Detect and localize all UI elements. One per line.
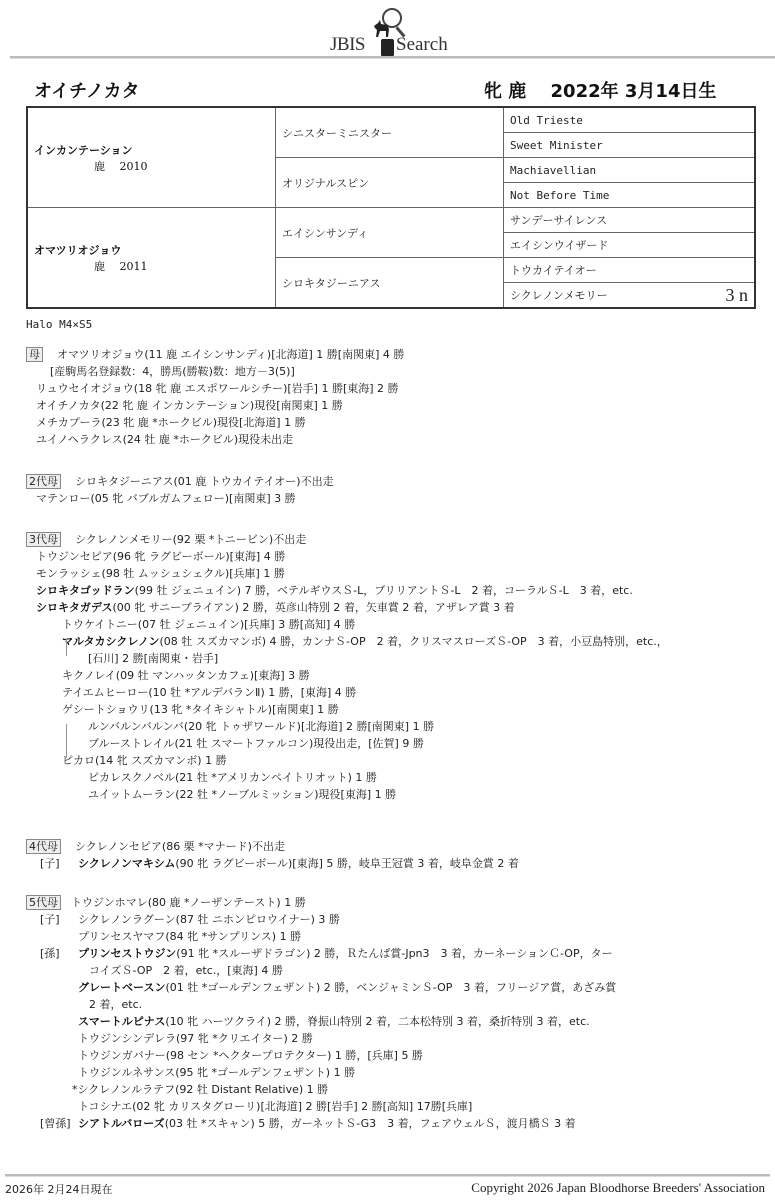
- bold-name: プリンセストウジン: [78, 947, 176, 960]
- gen3-cell: Machiavellian: [504, 158, 756, 183]
- gen3-dam-section: 3代母シクレノンメモリー(92 栗 *トニービン)不出走 トウジンセピア(96 …: [26, 531, 668, 803]
- line-text: シクレノンセピア(86 栗 *マナード)不出走: [71, 840, 285, 853]
- gen3-line: ピカロ(14 牝 スズカマンボ) 1 勝: [26, 752, 668, 769]
- can-icon: [381, 39, 394, 56]
- gen5-head: 5代母トウジンホマレ(80 鹿 *ノーザンテースト) 1 勝: [26, 894, 616, 911]
- line-text: トコシナエ(02 牝 カリスタグローリ)[北海道] 2 勝[岩手] 2 勝[高知…: [78, 1100, 472, 1113]
- dam-sire: エイシンサンディ: [276, 208, 504, 258]
- gen3-cell: Old Trieste: [504, 107, 756, 133]
- horse-name: オイチノカタ: [34, 77, 140, 103]
- line-text: (99 牡 ジェニュイン) 7 勝，ベテルギウスＳ-L，ブリリアントＳ-L 2 …: [135, 584, 633, 597]
- gen3-line: [石川] 2 勝[南関東・岩手]: [26, 650, 668, 667]
- gen5-line: コイズＳ-OP 2 着，etc.，[東海] 4 勝: [26, 962, 616, 979]
- gen3-head: 3代母シクレノンメモリー(92 栗 *トニービン)不出走: [26, 531, 668, 548]
- gen5-line: [曾孫]シアトルバローズ(03 牡 *スキャン) 5 勝，ガーネットＳ-G3 3…: [26, 1115, 616, 1132]
- dam-cell: オマツリオジョウ 鹿 2011: [27, 208, 276, 309]
- dam-sub: 鹿 2011: [34, 258, 269, 274]
- dam-line: ユイノヘラクレス(24 牡 鹿 *ホークビル)現役未出走: [26, 431, 404, 448]
- gen5-line: トコシナエ(02 牝 カリスタグローリ)[北海道] 2 勝[岩手] 2 勝[高知…: [26, 1098, 616, 1115]
- line-text: トウジンホマレ(80 鹿 *ノーザンテースト) 1 勝: [71, 896, 306, 909]
- gen5-line: *シクレノンルラテフ(92 牡 Distant Relative) 1 勝: [20, 1081, 616, 1098]
- gen5-line: トウジンガバナー(98 セン *ヘクタープロテクター) 1 勝，[兵庫] 5 勝: [26, 1047, 616, 1064]
- gen3-badge: 3代母: [26, 532, 61, 547]
- gen2-dam-section: 2代母シロキタジーニアス(01 鹿 トウカイテイオー)不出走 マテンロー(05 …: [26, 473, 334, 507]
- line-text: ブルーストレイル(21 牡 スマートファルコン)現役出走，[佐賀] 9 勝: [88, 737, 424, 750]
- gen3-line: ゲシートショウリ(13 牝 *タイキシャトル)[南関東] 1 勝: [26, 701, 668, 718]
- as-of-date: 2026年 2月24日現在: [5, 1181, 113, 1197]
- line-text: (03 牡 *スキャン) 5 勝，ガーネットＳ-G3 3 着，フェアウェルＳ，渡…: [165, 1117, 576, 1130]
- line-text: [産駒馬名登録数：4，勝馬(勝鞍)数：地方－3(5)]: [50, 365, 295, 378]
- gen3-cell: トウカイテイオー: [504, 258, 756, 283]
- horse-icon: [372, 20, 392, 38]
- gen4-badge: 4代母: [26, 839, 61, 854]
- line-text: トウジンルネサンス(95 牝 *ゴールデンフェザント) 1 勝: [78, 1066, 355, 1079]
- bold-name: シアトルバローズ: [78, 1117, 165, 1130]
- gen5-line: グレートベースン(01 牡 *ゴールデンフェザント) 2 勝，ベンジャミンＳ-O…: [26, 979, 616, 996]
- footer-divider: [5, 1174, 770, 1177]
- bold-name: シクレノンマキシム: [78, 857, 175, 870]
- gen5-badge: 5代母: [26, 895, 61, 910]
- line-text: マテンロー(05 牝 バブルガムフェロー)[南関東] 3 勝: [36, 492, 296, 505]
- gen5-dam-section: 5代母トウジンホマレ(80 鹿 *ノーザンテースト) 1 勝 [子]シクレノンラ…: [26, 894, 616, 1132]
- bold-name: シロキタゴッドラン: [36, 584, 135, 597]
- bold-name: マルタカシクレノン: [62, 635, 159, 648]
- dam-name: オマツリオジョウ: [34, 244, 121, 257]
- line-text: ルンバルンバルンバ(20 牝 トゥザワールド)[北海道] 2 勝[南関東] 1 …: [88, 720, 434, 733]
- line-text: トウジンセピア(96 牝 ラグビーボール)[東海] 4 勝: [36, 550, 285, 563]
- dam-line: [産駒馬名登録数：4，勝馬(勝鞍)数：地方－3(5)]: [26, 363, 404, 380]
- line-text: 2 着，etc.: [78, 998, 142, 1011]
- logo-text-jbis: JBIS: [330, 34, 365, 56]
- gen3-line: テイエムヒーロー(10 牡 *アルデバランⅡ) 1 勝，[東海] 4 勝: [26, 684, 668, 701]
- gen5-line: [子]シクレノンラグーン(87 牡 ニホンピロウイナー) 3 勝: [26, 911, 616, 928]
- line-text: リュウセイオジョウ(18 牝 鹿 エスポワールシチー)[岩手] 1 勝[東海] …: [36, 382, 399, 395]
- dam-badge: 母: [26, 347, 43, 362]
- relation-tag: [曾孫]: [26, 1115, 78, 1132]
- dam-line: オイチノカタ(22 牝 鹿 インカンテーション)現役[南関東] 1 勝: [26, 397, 404, 414]
- inbreeding-cross: Halo M4×S5: [26, 318, 92, 331]
- line-text: (01 牡 *ゴールデンフェザント) 2 勝，ベンジャミンＳ-OP 3 着，フリ…: [165, 981, 616, 994]
- gen3-line: マルタカシクレノン(08 牡 スズカマンボ) 4 勝，カンナＳ-OP 2 着，ク…: [26, 633, 668, 650]
- line-text: (91 牝 *スルーザドラゴン) 2 勝，Ｒたんぱ賞-Jpn3 3 着，カーネー…: [176, 947, 612, 960]
- bold-name: スマートルピナス: [78, 1015, 165, 1028]
- gen3-cell: Not Before Time: [504, 183, 756, 208]
- line-text: オイチノカタ(22 牝 鹿 インカンテーション)現役[南関東] 1 勝: [36, 399, 343, 412]
- header-divider: [10, 56, 775, 59]
- gen4-line: [子]シクレノンマキシム(90 牝 ラグビーボール)[東海] 5 勝，岐阜王冠賞…: [26, 855, 519, 872]
- relation-tag: [子]: [26, 911, 78, 928]
- line-text: メチカプーラ(23 牝 鹿 *ホークビル)現役[北海道] 1 勝: [36, 416, 306, 429]
- gen5-line: 2 着，etc.: [26, 996, 616, 1013]
- bold-name: シロキタガデス: [36, 601, 112, 614]
- gen3-cell: Sweet Minister: [504, 133, 756, 158]
- gen3-line: シロキタゴッドラン(99 牡 ジェニュイン) 7 勝，ベテルギウスＳ-L，ブリリ…: [26, 582, 668, 599]
- sire-dam: オリジナルスピン: [276, 158, 504, 208]
- gen3-name: シクレノンメモリー: [510, 289, 608, 302]
- title-row: オイチノカタ 牝 鹿 2022年 3月14日生: [34, 75, 734, 103]
- relation-tag: [子]: [26, 855, 78, 872]
- gen3-line: ルンバルンバルンバ(20 牝 トゥザワールド)[北海道] 2 勝[南関東] 1 …: [26, 718, 668, 735]
- gen5-line: [孫]プリンセストウジン(91 牝 *スルーザドラゴン) 2 勝，Ｒたんぱ賞-J…: [26, 945, 616, 962]
- gen5-line: スマートルピナス(10 牝 ハーツクライ) 2 勝，脊振山特別 2 着，二本松特…: [26, 1013, 616, 1030]
- gen5-line: トウジンシンデレラ(97 牝 *クリエイター) 2 勝: [26, 1030, 616, 1047]
- gen3-line: キクノレイ(09 牡 マンハッタンカフェ)[東海] 3 勝: [26, 667, 668, 684]
- gen4-dam-section: 4代母シクレノンセピア(86 栗 *マナード)不出走 [子]シクレノンマキシム(…: [26, 838, 519, 872]
- gen2-head: 2代母シロキタジーニアス(01 鹿 トウカイテイオー)不出走: [26, 473, 334, 490]
- line-text: ピカレスクノベル(21 牡 *アメリカンペイトリオット) 1 勝: [88, 771, 377, 784]
- dam-dam: シロキタジーニアス: [276, 258, 504, 309]
- line-text: (90 牝 ラグビーボール)[東海] 5 勝，岐阜王冠賞 3 着，岐阜金賞 2 …: [175, 857, 518, 870]
- line-text: ピカロ(14 牝 スズカマンボ) 1 勝: [62, 754, 227, 767]
- dam-line: メチカプーラ(23 牝 鹿 *ホークビル)現役[北海道] 1 勝: [26, 414, 404, 431]
- gen3-line: ピカレスクノベル(21 牡 *アメリカンペイトリオット) 1 勝: [26, 769, 668, 786]
- gen3-cell: シクレノンメモリー 3 n: [504, 283, 756, 309]
- line-text: トウジンガバナー(98 セン *ヘクタープロテクター) 1 勝，[兵庫] 5 勝: [78, 1049, 423, 1062]
- line-text: シクレノンメモリー(92 栗 *トニービン)不出走: [71, 533, 306, 546]
- pedigree-table: インカンテーション 鹿 2010 シニスターミニスター Old Trieste …: [26, 106, 756, 309]
- sire-sub: 鹿 2010: [34, 158, 269, 174]
- gen3-line: モンラッシェ(98 牡 ムッシュシェクル)[兵庫] 1 勝: [26, 565, 668, 582]
- tree-line: [66, 724, 67, 758]
- horse-info: 牝 鹿 2022年 3月14日生: [484, 77, 716, 103]
- line-text: テイエムヒーロー(10 牡 *アルデバランⅡ) 1 勝，[東海] 4 勝: [62, 686, 356, 699]
- line-text: (08 牡 スズカマンボ) 4 勝，カンナＳ-OP 2 着，クリスマスローズＳ-…: [159, 635, 667, 648]
- line-text: [石川] 2 勝[南関東・岩手]: [88, 652, 218, 665]
- line-text: ユイノヘラクレス(24 牡 鹿 *ホークビル)現役未出走: [36, 433, 293, 446]
- jbis-search-logo[interactable]: JBIS Search: [330, 6, 460, 54]
- line-text: コイズＳ-OP 2 着，etc.，[東海] 4 勝: [78, 964, 283, 977]
- copyright: Copyright 2026 Japan Bloodhorse Breeders…: [471, 1180, 765, 1196]
- line-text: *シクレノンルラテフ(92 牡 Distant Relative) 1 勝: [72, 1083, 328, 1096]
- gen3-cell: エイシンウイザード: [504, 233, 756, 258]
- gen5-line: プリンセスヤマフ(84 牝 *サンプリンス) 1 勝: [26, 928, 616, 945]
- line-text: (10 牝 ハーツクライ) 2 勝，脊振山特別 2 着，二本松特別 3 着，桑折…: [165, 1015, 589, 1028]
- gen5-line: トウジンルネサンス(95 牝 *ゴールデンフェザント) 1 勝: [26, 1064, 616, 1081]
- gen2-badge: 2代母: [26, 474, 61, 489]
- gen3-line: トウジンセピア(96 牝 ラグビーボール)[東海] 4 勝: [26, 548, 668, 565]
- gen3-line: ユイットムーラン(22 牡 *ノーブルミッション)現役[東海] 1 勝: [26, 786, 668, 803]
- line-text: シクレノンラグーン(87 牡 ニホンピロウイナー) 3 勝: [78, 913, 340, 926]
- gen3-line: シロキタガデス(00 牝 サニーブライアン) 2 勝，英彦山特別 2 着，矢車賞…: [26, 599, 668, 616]
- gen2-line: マテンロー(05 牝 バブルガムフェロー)[南関東] 3 勝: [26, 490, 334, 507]
- line-text: (00 牝 サニーブライアン) 2 勝，英彦山特別 2 着，矢車賞 2 着，アザ…: [112, 601, 514, 614]
- line-text: オマツリオジョウ(11 鹿 エイシンサンディ)[北海道] 1 勝[南関東] 4 …: [53, 348, 404, 361]
- gen3-line: ブルーストレイル(21 牡 スマートファルコン)現役出走，[佐賀] 9 勝: [26, 735, 668, 752]
- line-text: トウジンシンデレラ(97 牝 *クリエイター) 2 勝: [78, 1032, 313, 1045]
- tree-line: [66, 639, 67, 656]
- line-text: モンラッシェ(98 牡 ムッシュシェクル)[兵庫] 1 勝: [36, 567, 285, 580]
- relation-tag: [孫]: [26, 945, 78, 962]
- dam-line: リュウセイオジョウ(18 牝 鹿 エスポワールシチー)[岩手] 1 勝[東海] …: [26, 380, 404, 397]
- gen3-cell: サンデーサイレンス: [504, 208, 756, 233]
- dam-line: 母オマツリオジョウ(11 鹿 エイシンサンディ)[北海道] 1 勝[南関東] 4…: [26, 346, 404, 363]
- line-text: シロキタジーニアス(01 鹿 トウカイテイオー)不出走: [71, 475, 334, 488]
- sire-cell: インカンテーション 鹿 2010: [27, 107, 276, 208]
- line-text: キクノレイ(09 牡 マンハッタンカフェ)[東海] 3 勝: [62, 669, 310, 682]
- bold-name: グレートベースン: [78, 981, 165, 994]
- line-text: ユイットムーラン(22 牡 *ノーブルミッション)現役[東海] 1 勝: [88, 788, 396, 801]
- sire-sire: シニスターミニスター: [276, 107, 504, 158]
- gen3-line: トウケイトニー(07 牡 ジェニュイン)[兵庫] 3 勝[高知] 4 勝: [26, 616, 668, 633]
- gen4-head: 4代母シクレノンセピア(86 栗 *マナード)不出走: [26, 838, 519, 855]
- logo-text-search: Search: [396, 34, 448, 56]
- line-text: トウケイトニー(07 牡 ジェニュイン)[兵庫] 3 勝[高知] 4 勝: [62, 618, 355, 631]
- sire-name: インカンテーション: [34, 144, 133, 157]
- header: JBIS Search: [0, 0, 775, 60]
- inbreed-tag: 3 n: [726, 285, 749, 306]
- dam-section: 母オマツリオジョウ(11 鹿 エイシンサンディ)[北海道] 1 勝[南関東] 4…: [26, 346, 404, 448]
- line-text: ゲシートショウリ(13 牝 *タイキシャトル)[南関東] 1 勝: [62, 703, 339, 716]
- line-text: プリンセスヤマフ(84 牝 *サンプリンス) 1 勝: [78, 930, 301, 943]
